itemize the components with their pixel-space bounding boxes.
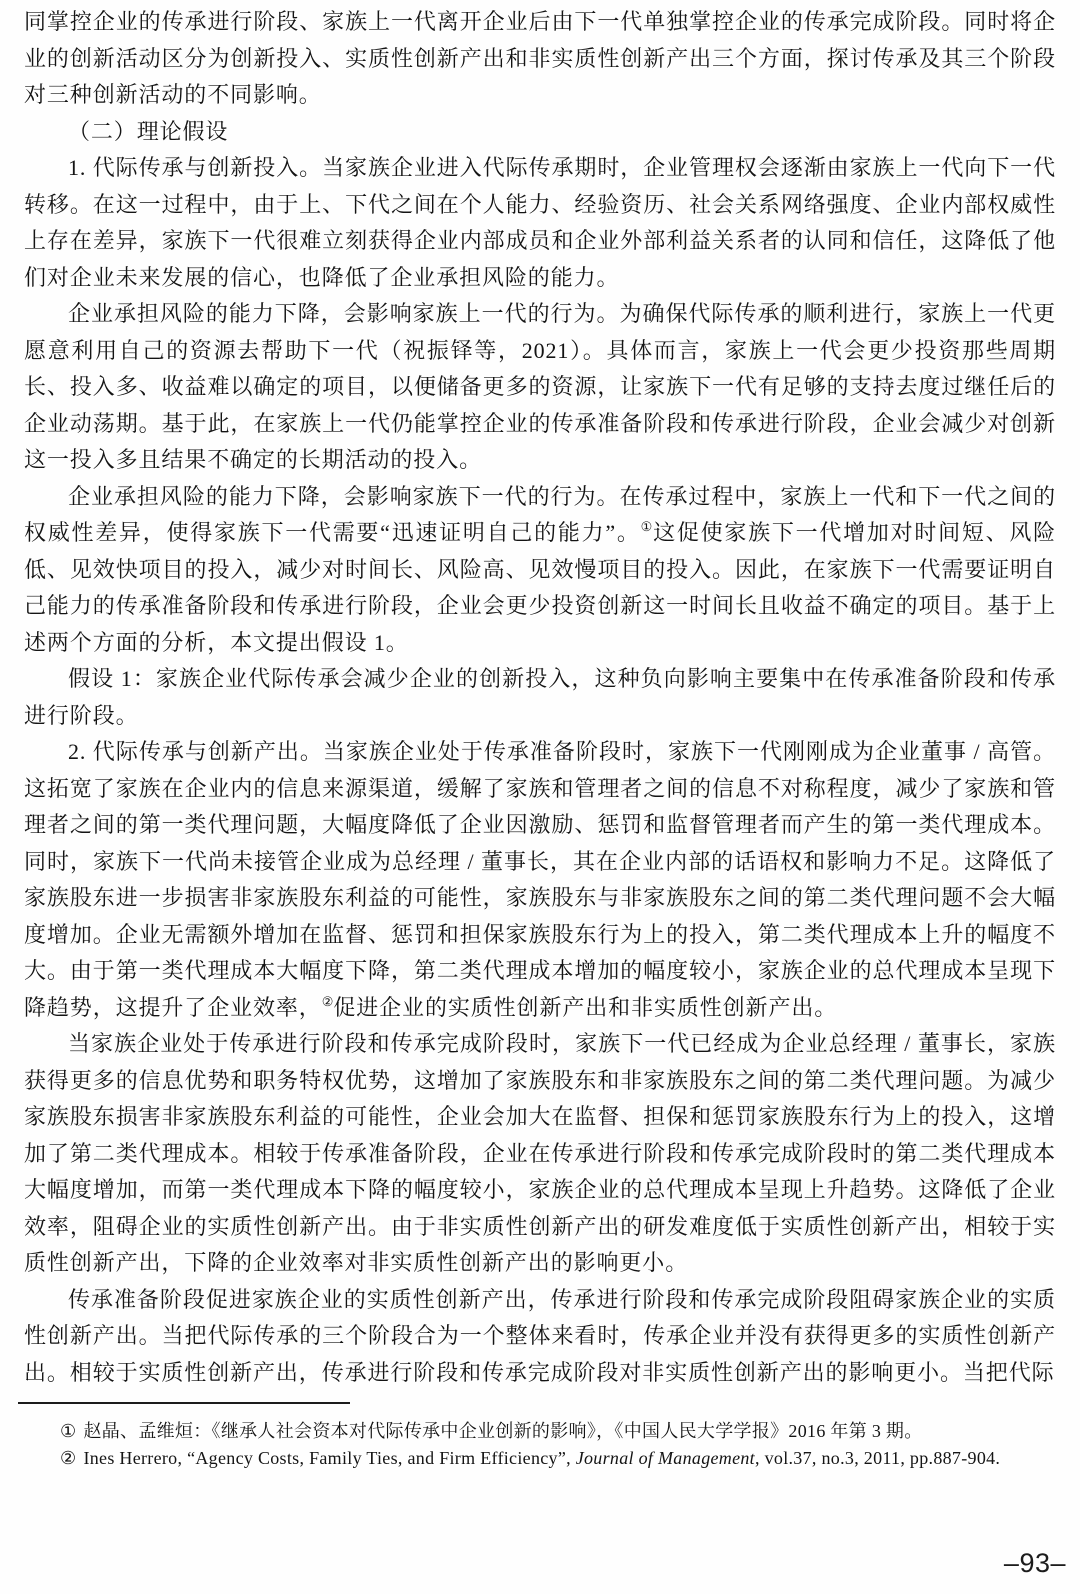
footnote-2-text-tail: , vol.37, no.3, 2011, pp.887-904. <box>755 1448 1000 1468</box>
hypothesis-1: 假设 1：家族企业代际传承会减少企业的创新投入，这种负向影响主要集中在传承准备阶… <box>24 661 1056 734</box>
footnote-ref-1: ① <box>641 519 654 534</box>
footnote-2-text: Ines Herrero, “Agency Costs, Family Ties… <box>83 1448 575 1468</box>
page-number: –93– <box>1004 1548 1066 1579</box>
footnote-1-marker: ① <box>60 1421 76 1441</box>
footnote-divider <box>18 1402 350 1404</box>
paragraph: 传承准备阶段促进家族企业的实质性创新产出，传承进行阶段和传承完成阶段阻碍家族企业… <box>24 1282 1056 1392</box>
footnote-2-journal-title: Journal of Management <box>576 1448 755 1468</box>
paragraph: 企业承担风险的能力下降，会影响家族下一代的行为。在传承过程中，家族上一代和下一代… <box>24 479 1056 662</box>
scanned-paper-page: 同掌控企业的传承进行阶段、家族上一代离开企业后由下一代单独掌控企业的传承完成阶段… <box>0 0 1080 1594</box>
article-body: 同掌控企业的传承进行阶段、家族上一代离开企业后由下一代单独掌控企业的传承完成阶段… <box>24 4 1056 1391</box>
paragraph: 当家族企业处于传承进行阶段和传承完成阶段时，家族下一代已经成为企业总经理 / 董… <box>24 1026 1056 1282</box>
footnote-section: ①赵晶、孟维烜：《继承人社会资本对代际传承中企业创新的影响》，《中国人民大学学报… <box>24 1402 1056 1472</box>
paragraph: 企业承担风险的能力下降，会影响家族上一代的行为。为确保代际传承的顺利进行，家族上… <box>24 296 1056 479</box>
footnote-1-text: 赵晶、孟维烜：《继承人社会资本对代际传承中企业创新的影响》，《中国人民大学学报》… <box>83 1421 922 1441</box>
footnote-2: ②Ines Herrero, “Agency Costs, Family Tie… <box>24 1445 1056 1472</box>
footnote-1: ①赵晶、孟维烜：《继承人社会资本对代际传承中企业创新的影响》，《中国人民大学学报… <box>24 1418 1056 1445</box>
paragraph: 1. 代际传承与创新投入。当家族企业进入代际传承期时，企业管理权会逐渐由家族上一… <box>24 150 1056 296</box>
footnote-ref-2: ② <box>322 994 334 1009</box>
paragraph-continuation: 同掌控企业的传承进行阶段、家族上一代离开企业后由下一代单独掌控企业的传承完成阶段… <box>24 4 1056 114</box>
paragraph-text: 2. 代际传承与创新产出。当家族企业处于传承准备阶段时，家族下一代刚刚成为企业董… <box>24 739 1056 1020</box>
section-heading: （二）理论假设 <box>24 114 1056 151</box>
paragraph-text: 促进企业的实质性创新产出和非实质性创新产出。 <box>333 995 837 1020</box>
footnote-2-marker: ② <box>60 1448 76 1468</box>
paragraph: 2. 代际传承与创新产出。当家族企业处于传承准备阶段时，家族下一代刚刚成为企业董… <box>24 734 1056 1026</box>
